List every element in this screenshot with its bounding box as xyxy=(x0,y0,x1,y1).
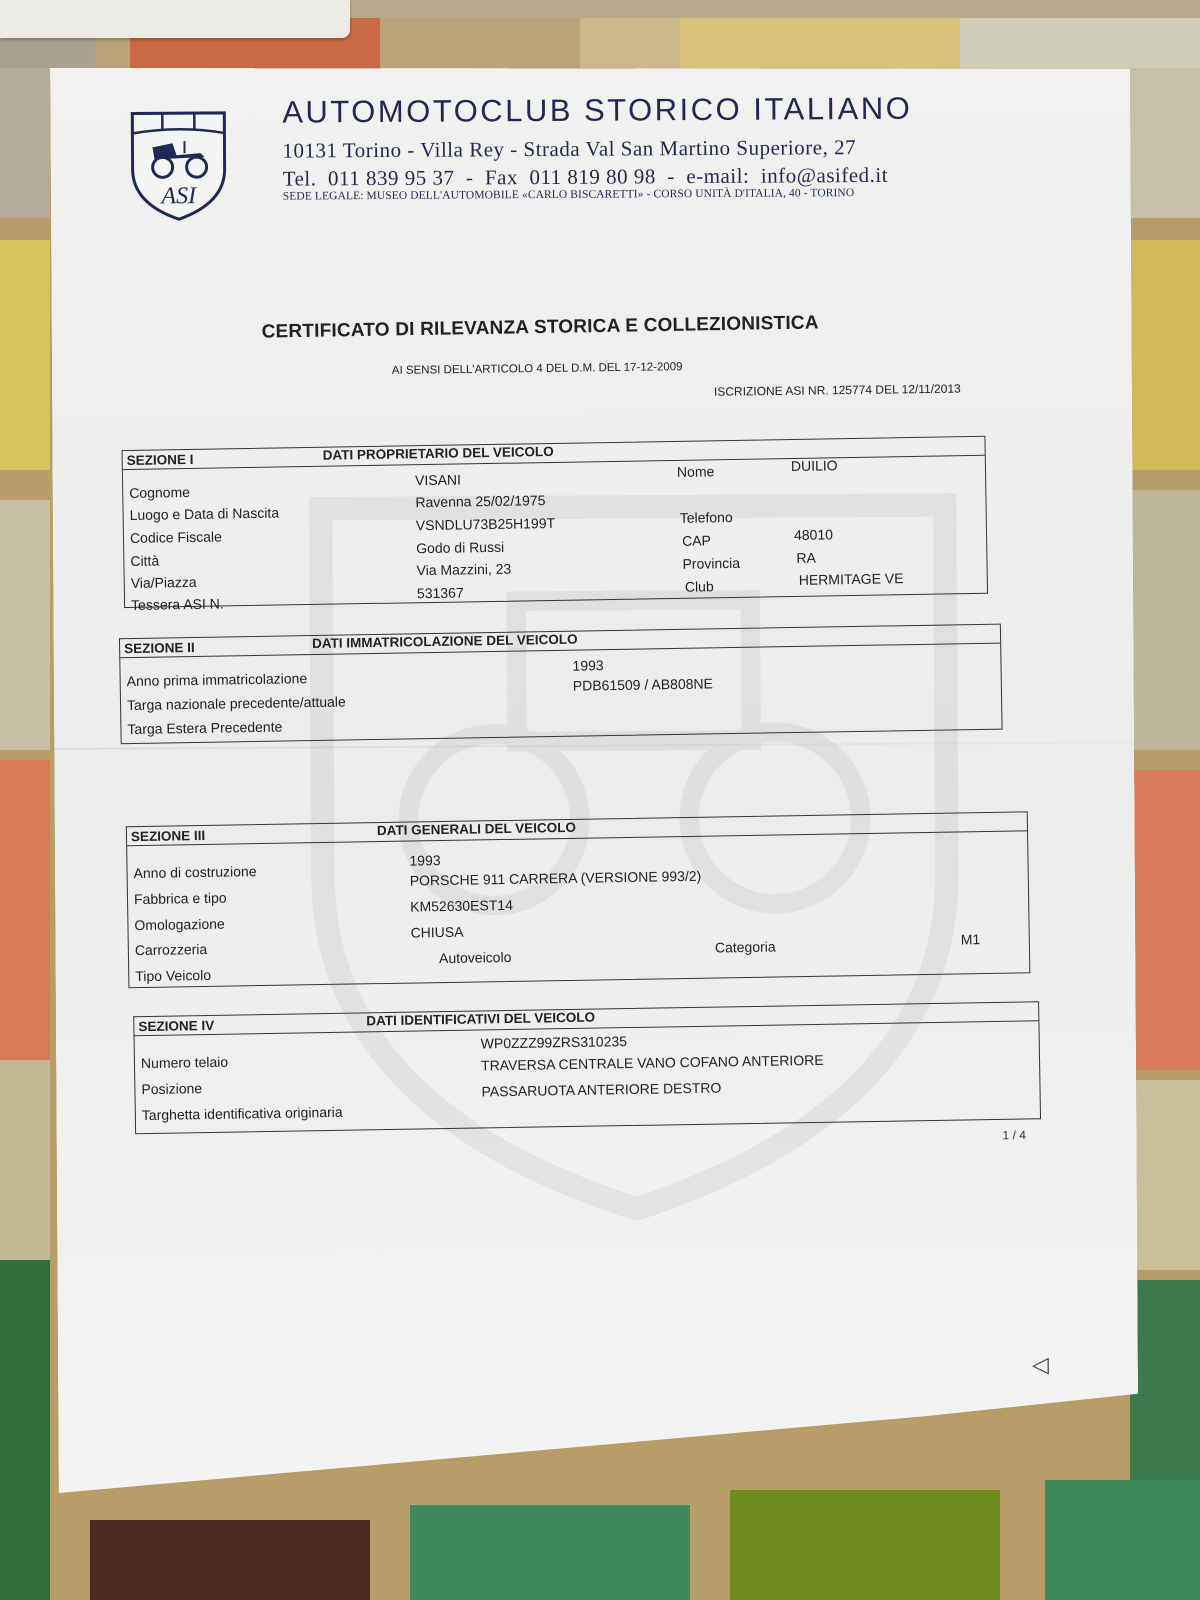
organization-legal-seat: SEDE LEGALE: MUSEO DELL'AUTOMOBILE «CARL… xyxy=(283,187,855,202)
svg-text:ASI: ASI xyxy=(159,183,197,209)
value-categoria: M1 xyxy=(961,931,981,947)
certificate-title: CERTIFICATO DI RILEVANZA STORICA E COLLE… xyxy=(261,312,818,343)
label-targa-estera: Targa Estera Precedente xyxy=(127,719,282,738)
registration-number: ISCRIZIONE ASI NR. 125774 DEL 12/11/2013 xyxy=(714,382,961,399)
value-citta: Godo di Russi xyxy=(416,539,504,556)
value-nome: DUILIO xyxy=(791,457,838,474)
value-numero-telaio: WP0ZZZ99ZRS310235 xyxy=(481,1033,628,1051)
section-number: SEZIONE IV xyxy=(138,1018,214,1034)
label-posizione: Posizione xyxy=(141,1080,202,1097)
section-identification-data: SEZIONE IV DATI IDENTIFICATIVI DEL VEICO… xyxy=(133,1001,1041,1134)
label-cap: CAP xyxy=(682,532,711,548)
label-carrozzeria: Carrozzeria xyxy=(135,941,208,958)
section-header: SEZIONE I DATI PROPRIETARIO DEL VEICOLO xyxy=(123,437,985,470)
ink-smudge: ◁ xyxy=(1032,1352,1049,1378)
section-title: DATI IMMATRICOLAZIONE DEL VEICOLO xyxy=(312,632,578,651)
label-nome: Nome xyxy=(677,463,715,480)
section-number: SEZIONE I xyxy=(127,452,194,468)
value-carrozzeria: CHIUSA xyxy=(410,924,463,941)
section-registration-data: SEZIONE II DATI IMMATRICOLAZIONE DEL VEI… xyxy=(119,624,1003,745)
section-owner-data: SEZIONE I DATI PROPRIETARIO DEL VEICOLO … xyxy=(122,436,989,608)
label-provincia: Provincia xyxy=(682,555,740,572)
certificate-subtitle: AI SENSI DELL'ARTICOLO 4 DEL D.M. DEL 17… xyxy=(392,361,683,377)
value-anno-immatricolazione: 1993 xyxy=(572,657,603,674)
label-anno-immatricolazione: Anno prima immatricolazione xyxy=(127,670,308,689)
value-fabbrica: PORSCHE 911 CARRERA (VERSIONE 993/2) xyxy=(410,868,702,889)
label-codice-fiscale: Codice Fiscale xyxy=(130,528,222,546)
label-tessera: Tessera ASI N. xyxy=(131,595,224,613)
value-anno-costruzione: 1993 xyxy=(409,852,440,869)
previous-sheet-edge xyxy=(0,0,350,38)
section-title: DATI GENERALI DEL VEICOLO xyxy=(377,820,576,838)
section-title: DATI IDENTIFICATIVI DEL VEICOLO xyxy=(366,1010,595,1029)
asi-logo-icon: ASI xyxy=(126,107,231,224)
certificate-page: ASI AUTOMOTOCLUB STORICO ITALIANO 10131 … xyxy=(50,61,1139,1493)
organization-name: AUTOMOTOCLUB STORICO ITALIANO xyxy=(282,91,912,131)
value-tessera: 531367 xyxy=(417,584,464,601)
section-number: SEZIONE II xyxy=(124,640,195,656)
value-cognome: VISANI xyxy=(415,471,461,488)
value-targa: PDB61509 / AB808NE xyxy=(573,675,713,693)
value-posizione: TRAVERSA CENTRALE VANO COFANO ANTERIORE xyxy=(481,1052,824,1074)
value-provincia: RA xyxy=(796,550,816,566)
value-via: Via Mazzini, 23 xyxy=(416,561,511,579)
page-number: 1 / 4 xyxy=(1002,1128,1025,1142)
label-citta: Città xyxy=(130,552,159,568)
label-telefono: Telefono xyxy=(680,509,733,526)
value-codice-fiscale: VSNDLU73B25H199T xyxy=(416,515,556,533)
label-categoria: Categoria xyxy=(715,939,776,956)
label-anno-costruzione: Anno di costruzione xyxy=(133,863,256,881)
value-nascita: Ravenna 25/02/1975 xyxy=(415,492,545,510)
section-title: DATI PROPRIETARIO DEL VEICOLO xyxy=(323,444,554,463)
label-targa: Targa nazionale precedente/attuale xyxy=(127,693,346,713)
label-fabbrica: Fabbrica e tipo xyxy=(134,890,227,908)
label-cognome: Cognome xyxy=(129,484,190,501)
value-omologazione: KM52630EST14 xyxy=(410,897,513,915)
value-club: HERMITAGE VE xyxy=(799,570,904,588)
label-numero-telaio: Numero telaio xyxy=(141,1054,228,1071)
label-club: Club xyxy=(685,578,714,594)
value-tipo-veicolo: Autoveicolo xyxy=(439,949,512,966)
section-number: SEZIONE III xyxy=(131,828,206,844)
section-general-data: SEZIONE III DATI GENERALI DEL VEICOLO An… xyxy=(126,811,1031,988)
organization-address: 10131 Torino - Villa Rey - Strada Val Sa… xyxy=(282,135,856,164)
value-targhetta: PASSARUOTA ANTERIORE DESTRO xyxy=(481,1080,721,1100)
label-targhetta: Targhetta identificativa originaria xyxy=(142,1104,343,1123)
label-via: Via/Piazza xyxy=(131,574,197,591)
label-tipo-veicolo: Tipo Veicolo xyxy=(135,967,211,984)
label-nascita: Luogo e Data di Nascita xyxy=(129,504,279,522)
label-omologazione: Omologazione xyxy=(134,916,225,933)
value-cap: 48010 xyxy=(794,526,833,543)
